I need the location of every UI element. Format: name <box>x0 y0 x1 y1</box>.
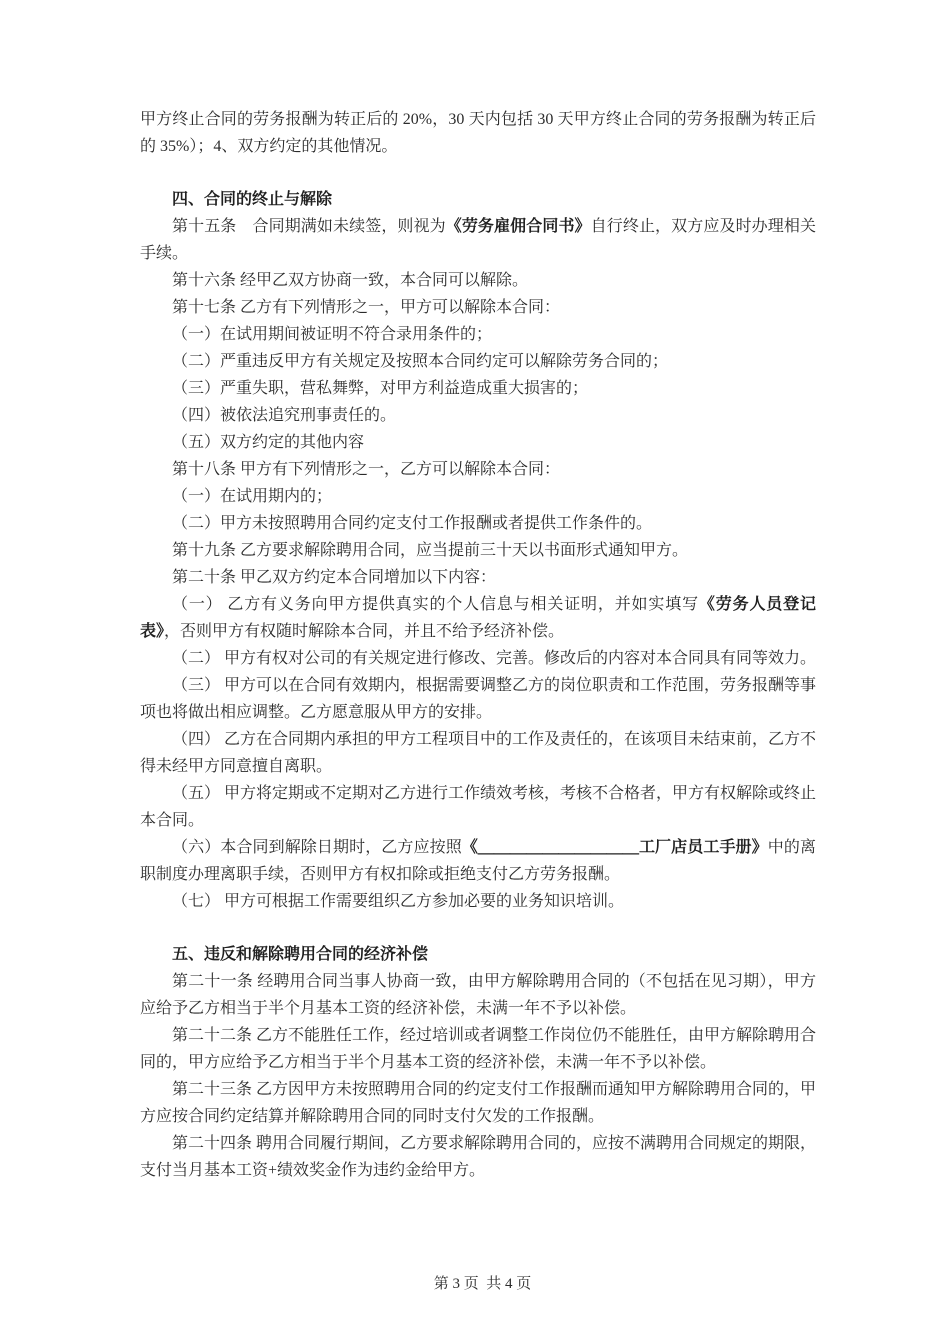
page-indicator: 第 3 页 共 4 页 <box>434 1276 532 1292</box>
text-run: 第十七条 乙方有下列情形之一，甲方可以解除本合同： <box>172 299 560 316</box>
text-run: （三）严重失职，营私舞弊，对甲方利益造成重大损害的； <box>172 380 588 397</box>
paragraph: （七） 甲方可根据工作需要组织乙方参加必要的业务知识培训。 <box>140 888 816 915</box>
paragraph: 第十七条 乙方有下列情形之一，甲方可以解除本合同： <box>140 294 816 321</box>
text-run: （五）双方约定的其他内容 <box>172 434 364 451</box>
paragraph: （六）本合同到解除日期时，乙方应按照《＿＿＿＿＿＿＿＿＿＿工厂店员工手册》中的离… <box>140 834 816 888</box>
paragraph: （一）在试用期内的； <box>140 483 816 510</box>
document-page: 甲方终止合同的劳务报酬为转正后的 20%，30 天内包括 30 天甲方终止合同的… <box>0 0 950 1344</box>
text-run: （一） 乙方有义务向甲方提供真实的个人信息与相关证明，并如实填写 <box>172 596 699 613</box>
bold-text-run: 《劳务雇佣合同书》 <box>446 218 591 235</box>
text-run: （一）在试用期间被证明不符合录用条件的； <box>172 326 492 343</box>
bold-text-run: 四、合同的终止与解除 <box>172 191 332 208</box>
text-run: （二） 甲方有权对公司的有关规定进行修改、完善。修改后的内容对本合同具有同等效力… <box>172 650 816 667</box>
paragraph: （四）被依法追究刑事责任的。 <box>140 402 816 429</box>
text-run: （五） 甲方将定期或不定期对乙方进行工作绩效考核，考核不合格者，甲方有权解除或终… <box>140 785 816 829</box>
blank-line <box>140 160 816 186</box>
paragraph: 第二十四条 聘用合同履行期间，乙方要求解除聘用合同的，应按不满聘用合同规定的期限… <box>140 1130 816 1184</box>
paragraph: 甲方终止合同的劳务报酬为转正后的 20%，30 天内包括 30 天甲方终止合同的… <box>140 106 816 160</box>
text-run: （四） 乙方在合同期内承担的甲方工程项目中的工作及责任的，在该项目未结束前，乙方… <box>140 731 816 775</box>
paragraph: （一） 乙方有义务向甲方提供真实的个人信息与相关证明，并如实填写《劳务人员登记表… <box>140 591 816 645</box>
text-run: 第十八条 甲方有下列情形之一，乙方可以解除本合同： <box>172 461 560 478</box>
text-run: （六）本合同到解除日期时，乙方应按照 <box>172 839 462 856</box>
text-run: 第二十一条 经聘用合同当事人协商一致，由甲方解除聘用合同的（不包括在见习期），甲… <box>140 973 816 1017</box>
bold-text-run: 《 <box>462 839 478 856</box>
paragraph: 第十五条 合同期满如未续签，则视为《劳务雇佣合同书》自行终止，双方应及时办理相关… <box>140 213 816 267</box>
text-run: （二）严重违反甲方有关规定及按照本合同约定可以解除劳务合同的； <box>172 353 668 370</box>
paragraph: （四） 乙方在合同期内承担的甲方工程项目中的工作及责任的，在该项目未结束前，乙方… <box>140 726 816 780</box>
section-heading: 四、合同的终止与解除 <box>140 186 816 213</box>
section-heading: 五、违反和解除聘用合同的经济补偿 <box>140 941 816 968</box>
paragraph: （二） 甲方有权对公司的有关规定进行修改、完善。修改后的内容对本合同具有同等效力… <box>140 645 816 672</box>
paragraph: 第二十条 甲乙双方约定本合同增加以下内容： <box>140 564 816 591</box>
paragraph: 第十六条 经甲乙双方协商一致，本合同可以解除。 <box>140 267 816 294</box>
paragraph: （二）严重违反甲方有关规定及按照本合同约定可以解除劳务合同的； <box>140 348 816 375</box>
paragraph: （五）双方约定的其他内容 <box>140 429 816 456</box>
text-run: 第二十四条 聘用合同履行期间，乙方要求解除聘用合同的，应按不满聘用合同规定的期限… <box>140 1135 816 1179</box>
text-run: 第二十条 甲乙双方约定本合同增加以下内容： <box>172 569 496 586</box>
text-run: ，否则甲方有权随时解除本合同，并且不给予经济补偿。 <box>164 623 564 640</box>
text-run: （二）甲方未按照聘用合同约定支付工作报酬或者提供工作条件的。 <box>172 515 652 532</box>
text-run: 第十五条 合同期满如未续签，则视为 <box>172 218 446 235</box>
paragraph: 第二十二条 乙方不能胜任工作，经过培训或者调整工作岗位仍不能胜任，由甲方解除聘用… <box>140 1022 816 1076</box>
paragraph: （一）在试用期间被证明不符合录用条件的； <box>140 321 816 348</box>
text-run: 第二十二条 乙方不能胜任工作，经过培训或者调整工作岗位仍不能胜任，由甲方解除聘用… <box>140 1027 816 1071</box>
blank-line <box>140 915 816 941</box>
fill-in-blank: ＿＿＿＿＿＿＿＿＿＿ <box>478 839 639 856</box>
paragraph: （二）甲方未按照聘用合同约定支付工作报酬或者提供工作条件的。 <box>140 510 816 537</box>
paragraph: （五） 甲方将定期或不定期对乙方进行工作绩效考核，考核不合格者，甲方有权解除或终… <box>140 780 816 834</box>
paragraph: （三） 甲方可以在合同有效期内，根据需要调整乙方的岗位职责和工作范围，劳务报酬等… <box>140 672 816 726</box>
page-footer: 第 3 页 共 4 页 <box>0 1254 950 1314</box>
text-run: 甲方终止合同的劳务报酬为转正后的 20%，30 天内包括 30 天甲方终止合同的… <box>140 111 816 155</box>
paragraph: 第二十三条 乙方因甲方未按照聘用合同的约定支付工作报酬而通知甲方解除聘用合同的，… <box>140 1076 816 1130</box>
text-run: 第十九条 乙方要求解除聘用合同，应当提前三十天以书面形式通知甲方。 <box>172 542 688 559</box>
paragraph: （三）严重失职，营私舞弊，对甲方利益造成重大损害的； <box>140 375 816 402</box>
paragraph: 第二十一条 经聘用合同当事人协商一致，由甲方解除聘用合同的（不包括在见习期），甲… <box>140 968 816 1022</box>
bold-text-run: 五、违反和解除聘用合同的经济补偿 <box>172 946 428 963</box>
bold-text-run: 工厂店员工手册》 <box>639 839 768 856</box>
document-body: 甲方终止合同的劳务报酬为转正后的 20%，30 天内包括 30 天甲方终止合同的… <box>140 106 816 1184</box>
text-run: （四）被依法追究刑事责任的。 <box>172 407 396 424</box>
text-run: （三） 甲方可以在合同有效期内，根据需要调整乙方的岗位职责和工作范围，劳务报酬等… <box>140 677 816 721</box>
text-run: （一）在试用期内的； <box>172 488 332 505</box>
paragraph: 第十九条 乙方要求解除聘用合同，应当提前三十天以书面形式通知甲方。 <box>140 537 816 564</box>
text-run: （七） 甲方可根据工作需要组织乙方参加必要的业务知识培训。 <box>172 893 624 910</box>
text-run: 第十六条 经甲乙双方协商一致，本合同可以解除。 <box>172 272 528 289</box>
paragraph: 第十八条 甲方有下列情形之一，乙方可以解除本合同： <box>140 456 816 483</box>
text-run: 第二十三条 乙方因甲方未按照聘用合同的约定支付工作报酬而通知甲方解除聘用合同的，… <box>140 1081 816 1125</box>
